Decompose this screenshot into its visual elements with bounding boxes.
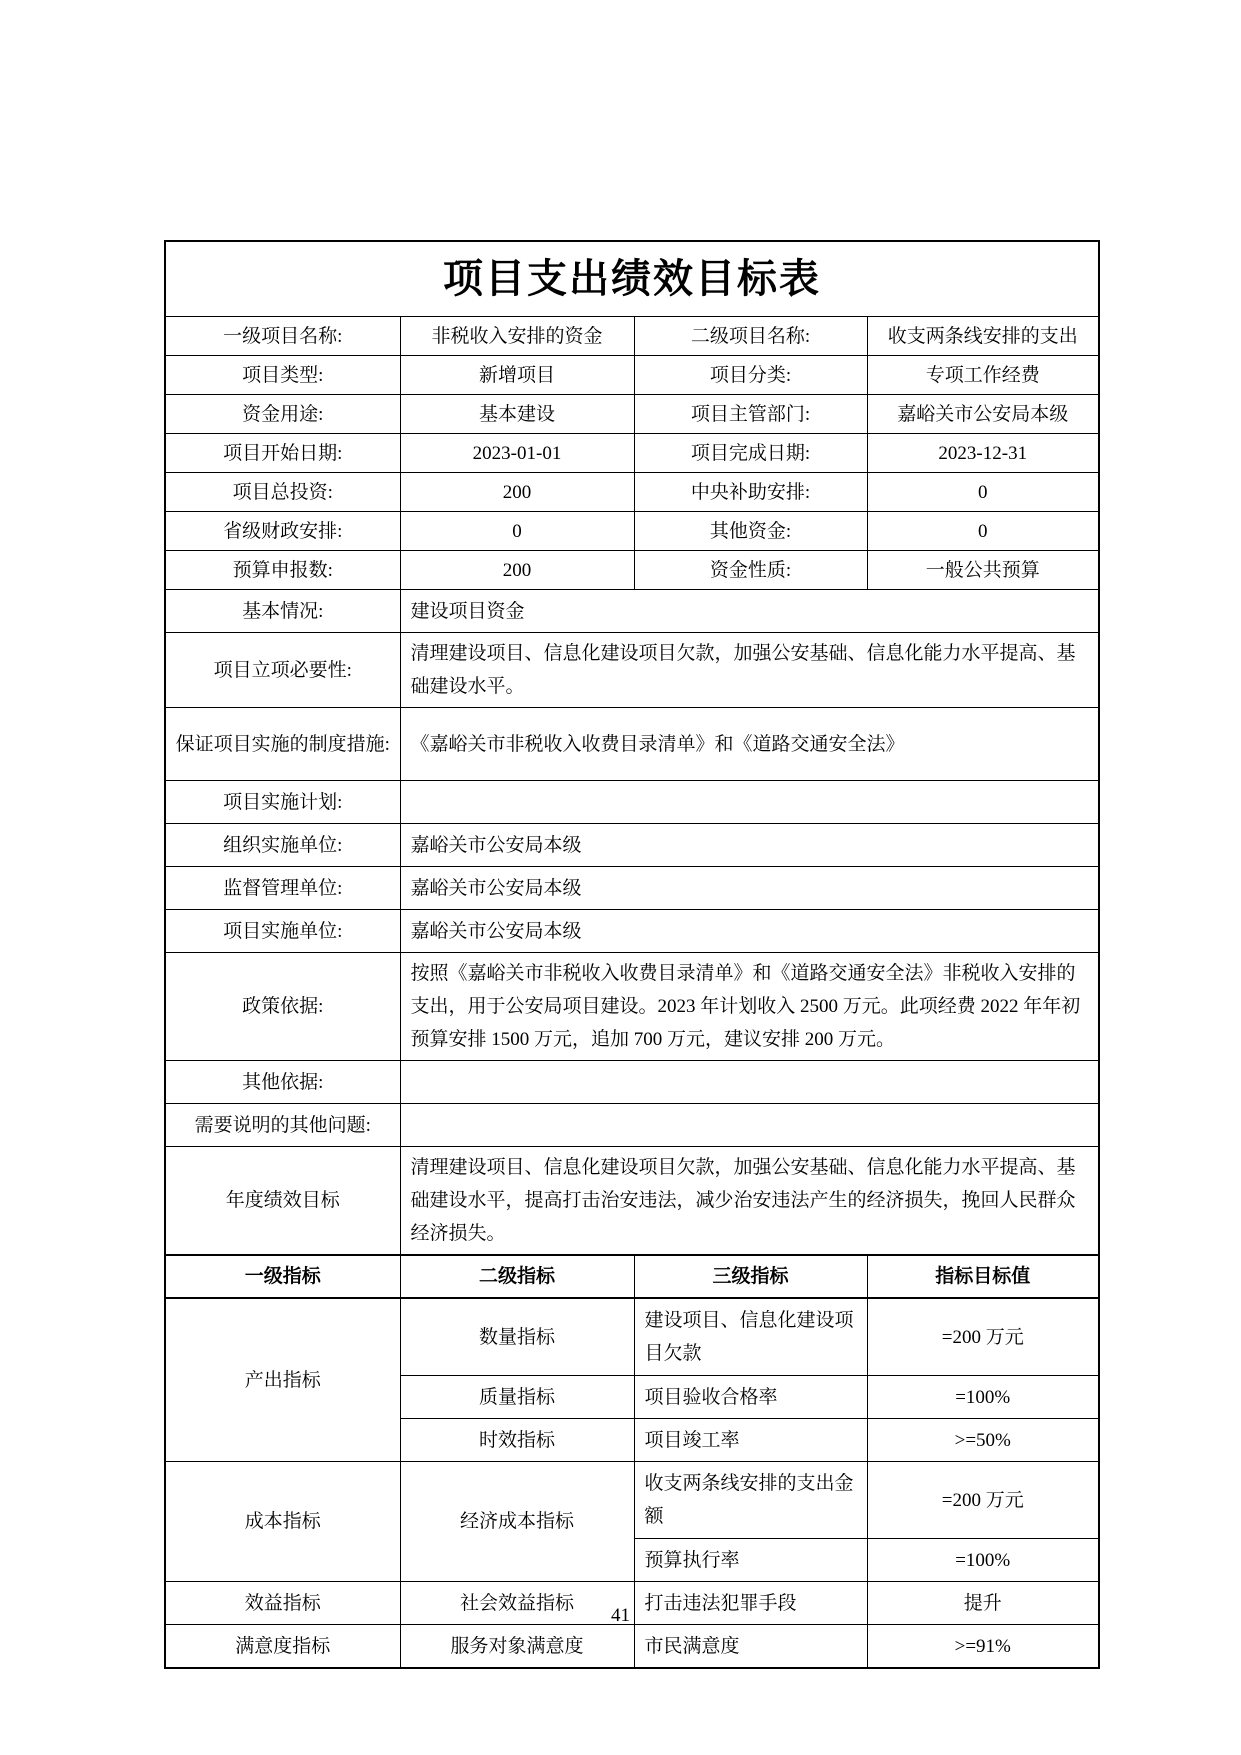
table-row: 年度绩效目标 清理建设项目、信息化建设项目欠款，加强公安基础、信息化能力水平提高…: [165, 1147, 1099, 1256]
table-row: 项目实施计划:: [165, 781, 1099, 824]
info-label: 项目分类:: [634, 356, 867, 395]
indicator-level2: 时效指标: [400, 1419, 634, 1462]
info-label: 预算申报数:: [165, 551, 400, 590]
indicator-header: 指标目标值: [867, 1255, 1099, 1298]
detail-value: 嘉峪关市公安局本级: [400, 867, 1099, 910]
detail-value: 按照《嘉峪关市非税收入收费目录清单》和《道路交通安全法》非税收入安排的支出，用于…: [400, 953, 1099, 1061]
indicator-target: =200 万元: [867, 1298, 1099, 1376]
info-label: 项目开始日期:: [165, 434, 400, 473]
indicator-row: 成本指标 经济成本指标 收支两条线安排的支出金额 =200 万元: [165, 1462, 1099, 1539]
performance-target-table: 项目支出绩效目标表 一级项目名称: 非税收入安排的资金 二级项目名称: 收支两条…: [164, 240, 1100, 1669]
table-row: 项目开始日期: 2023-01-01 项目完成日期: 2023-12-31: [165, 434, 1099, 473]
indicator-target: =200 万元: [867, 1462, 1099, 1539]
info-label: 资金性质:: [634, 551, 867, 590]
indicator-level2: 数量指标: [400, 1298, 634, 1376]
indicator-level2: 服务对象满意度: [400, 1625, 634, 1669]
table-title: 项目支出绩效目标表: [165, 241, 1099, 317]
info-value: 一般公共预算: [867, 551, 1099, 590]
indicator-level3: 市民满意度: [634, 1625, 867, 1669]
info-value: 新增项目: [400, 356, 634, 395]
info-value: 专项工作经费: [867, 356, 1099, 395]
info-value: 0: [867, 473, 1099, 512]
table-row: 政策依据: 按照《嘉峪关市非税收入收费目录清单》和《道路交通安全法》非税收入安排…: [165, 953, 1099, 1061]
info-label: 项目主管部门:: [634, 395, 867, 434]
table-row: 其他依据:: [165, 1061, 1099, 1104]
table-row: 资金用途: 基本建设 项目主管部门: 嘉峪关市公安局本级: [165, 395, 1099, 434]
indicator-level3: 项目竣工率: [634, 1419, 867, 1462]
table-row: 保证项目实施的制度措施: 《嘉峪关市非税收入收费目录清单》和《道路交通安全法》: [165, 708, 1099, 781]
detail-value: [400, 1104, 1099, 1147]
table-row: 基本情况: 建设项目资金: [165, 590, 1099, 633]
indicator-header: 三级指标: [634, 1255, 867, 1298]
table-row: 项目立项必要性: 清理建设项目、信息化建设项目欠款，加强公安基础、信息化能力水平…: [165, 633, 1099, 708]
table-row: 组织实施单位: 嘉峪关市公安局本级: [165, 824, 1099, 867]
table-row: 项目实施单位: 嘉峪关市公安局本级: [165, 910, 1099, 953]
indicator-header: 一级指标: [165, 1255, 400, 1298]
detail-value: [400, 1061, 1099, 1104]
indicator-level1: 产出指标: [165, 1298, 400, 1462]
info-value: 0: [400, 512, 634, 551]
detail-value: 建设项目资金: [400, 590, 1099, 633]
detail-label: 政策依据:: [165, 953, 400, 1061]
indicator-level3: 项目验收合格率: [634, 1376, 867, 1419]
detail-label: 项目实施单位:: [165, 910, 400, 953]
indicator-header: 二级指标: [400, 1255, 634, 1298]
page-number: 41: [0, 1605, 1241, 1627]
info-label: 项目类型:: [165, 356, 400, 395]
info-label: 项目完成日期:: [634, 434, 867, 473]
document-page: 项目支出绩效目标表 一级项目名称: 非税收入安排的资金 二级项目名称: 收支两条…: [0, 0, 1241, 1755]
info-label: 中央补助安排:: [634, 473, 867, 512]
table-row: 项目支出绩效目标表: [165, 241, 1099, 317]
detail-label: 年度绩效目标: [165, 1147, 400, 1256]
info-value: 收支两条线安排的支出: [867, 317, 1099, 356]
indicator-level3: 建设项目、信息化建设项目欠款: [634, 1298, 867, 1376]
detail-label: 基本情况:: [165, 590, 400, 633]
table-row: 省级财政安排: 0 其他资金: 0: [165, 512, 1099, 551]
indicator-level2: 经济成本指标: [400, 1462, 634, 1582]
indicator-level3: 预算执行率: [634, 1539, 867, 1582]
detail-value: [400, 781, 1099, 824]
detail-value: 清理建设项目、信息化建设项目欠款，加强公安基础、信息化能力水平提高、基础建设水平…: [400, 1147, 1099, 1256]
indicator-target: =100%: [867, 1539, 1099, 1582]
info-value: 基本建设: [400, 395, 634, 434]
indicator-row: 满意度指标 服务对象满意度 市民满意度 >=91%: [165, 1625, 1099, 1669]
info-label: 项目总投资:: [165, 473, 400, 512]
info-value: 200: [400, 473, 634, 512]
table-row: 项目类型: 新增项目 项目分类: 专项工作经费: [165, 356, 1099, 395]
info-value: 非税收入安排的资金: [400, 317, 634, 356]
detail-value: 清理建设项目、信息化建设项目欠款，加强公安基础、信息化能力水平提高、基础建设水平…: [400, 633, 1099, 708]
detail-label: 保证项目实施的制度措施:: [165, 708, 400, 781]
indicator-target: >=50%: [867, 1419, 1099, 1462]
info-value: 200: [400, 551, 634, 590]
detail-label: 需要说明的其他问题:: [165, 1104, 400, 1147]
info-value: 2023-12-31: [867, 434, 1099, 473]
detail-label: 组织实施单位:: [165, 824, 400, 867]
table-row: 项目总投资: 200 中央补助安排: 0: [165, 473, 1099, 512]
info-label: 二级项目名称:: [634, 317, 867, 356]
indicator-target: >=91%: [867, 1625, 1099, 1669]
info-label: 资金用途:: [165, 395, 400, 434]
info-label: 省级财政安排:: [165, 512, 400, 551]
detail-label: 监督管理单位:: [165, 867, 400, 910]
info-value: 0: [867, 512, 1099, 551]
indicator-level1: 满意度指标: [165, 1625, 400, 1669]
table-row: 需要说明的其他问题:: [165, 1104, 1099, 1147]
info-label: 一级项目名称:: [165, 317, 400, 356]
detail-label: 项目立项必要性:: [165, 633, 400, 708]
indicator-target: =100%: [867, 1376, 1099, 1419]
indicator-row: 产出指标 数量指标 建设项目、信息化建设项目欠款 =200 万元: [165, 1298, 1099, 1376]
detail-value: 《嘉峪关市非税收入收费目录清单》和《道路交通安全法》: [400, 708, 1099, 781]
info-value: 2023-01-01: [400, 434, 634, 473]
detail-value: 嘉峪关市公安局本级: [400, 910, 1099, 953]
table-row: 一级项目名称: 非税收入安排的资金 二级项目名称: 收支两条线安排的支出: [165, 317, 1099, 356]
indicator-level2: 质量指标: [400, 1376, 634, 1419]
info-label: 其他资金:: [634, 512, 867, 551]
indicator-level1: 成本指标: [165, 1462, 400, 1582]
indicator-header-row: 一级指标 二级指标 三级指标 指标目标值: [165, 1255, 1099, 1298]
table-row: 预算申报数: 200 资金性质: 一般公共预算: [165, 551, 1099, 590]
indicator-level3: 收支两条线安排的支出金额: [634, 1462, 867, 1539]
detail-label: 其他依据:: [165, 1061, 400, 1104]
detail-value: 嘉峪关市公安局本级: [400, 824, 1099, 867]
detail-label: 项目实施计划:: [165, 781, 400, 824]
info-value: 嘉峪关市公安局本级: [867, 395, 1099, 434]
table-row: 监督管理单位: 嘉峪关市公安局本级: [165, 867, 1099, 910]
